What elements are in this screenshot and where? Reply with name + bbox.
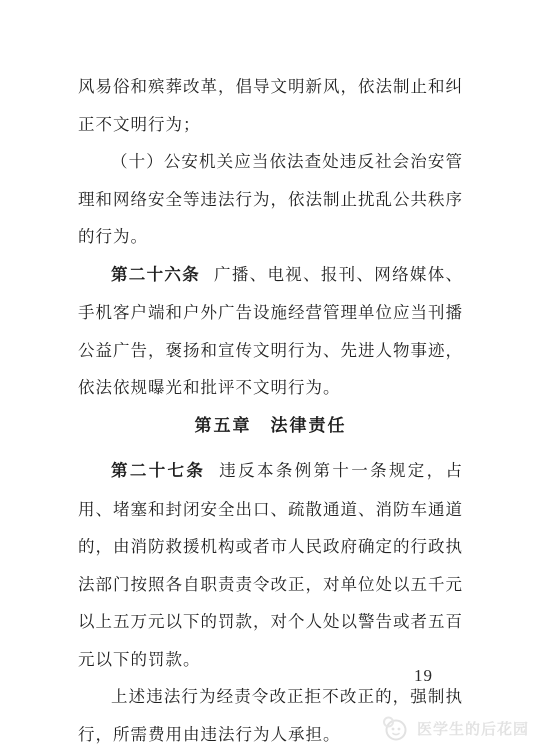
- paragraph-text: 广播、电视、报刊、网络媒体、手机客户端和户外广告设施经营管理单位应当刊播公益广告…: [78, 265, 463, 398]
- chapter-heading: 第五章 法律责任: [78, 407, 463, 445]
- paragraph-text: 违反本条例第十一条规定，占用、堵塞和封闭安全出口、疏散通道、消防车通道的，由消防…: [78, 461, 463, 669]
- paragraph-article-27: 第二十七条违反本条例第十一条规定，占用、堵塞和封闭安全出口、疏散通道、消防车通道…: [78, 452, 463, 678]
- garden-logo-icon: [381, 715, 408, 742]
- watermark: 医学生的后花园: [381, 715, 529, 742]
- article-number-label: 第二十六条: [111, 266, 200, 284]
- paragraph-text: 风易俗和殡葬改革，倡导文明新风，依法制止和纠正不文明行为；: [78, 77, 463, 134]
- watermark-text: 医学生的后花园: [417, 718, 529, 739]
- paragraph-item-ten: （十）公安机关应当依法查处违反社会治安管理和网络安全等违法行为，依法制止扰乱公共…: [78, 143, 463, 256]
- document-body: 风易俗和殡葬改革，倡导文明新风，依法制止和纠正不文明行为； （十）公安机关应当依…: [78, 68, 463, 753]
- article-number-label: 第二十七条: [111, 462, 205, 480]
- page-number: 19: [414, 664, 433, 688]
- paragraph-article-26: 第二十六条广播、电视、报刊、网络媒体、手机客户端和户外广告设施经营管理单位应当刊…: [78, 256, 463, 407]
- document-page: 风易俗和殡葬改革，倡导文明新风，依法制止和纠正不文明行为； （十）公安机关应当依…: [0, 0, 537, 753]
- paragraph-continuation: 风易俗和殡葬改革，倡导文明新风，依法制止和纠正不文明行为；: [78, 68, 463, 143]
- paragraph-text: （十）公安机关应当依法查处违反社会治安管理和网络安全等违法行为，依法制止扰乱公共…: [78, 152, 463, 246]
